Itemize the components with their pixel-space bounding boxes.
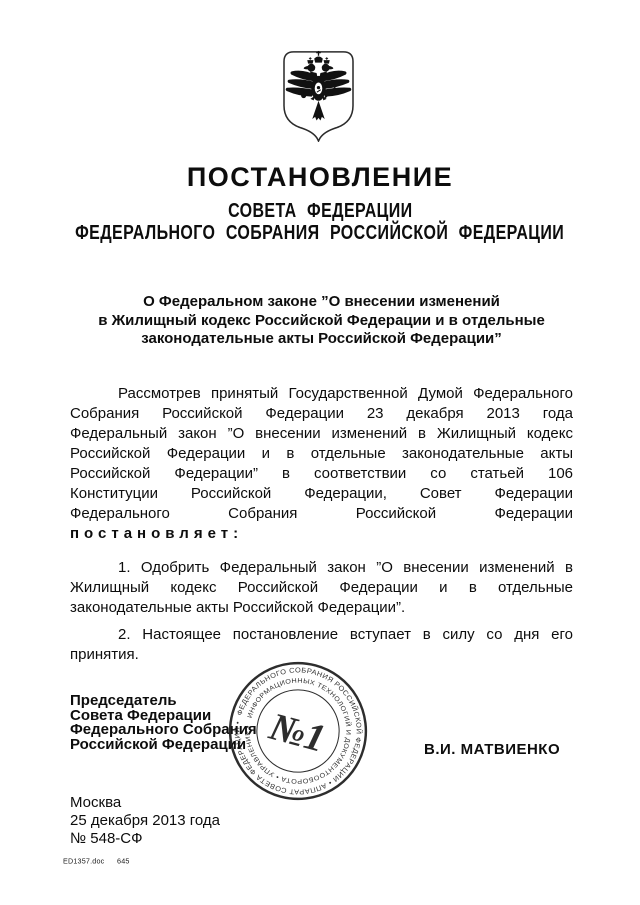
body-line: 2. Настоящее постановление вступает в си… bbox=[70, 625, 573, 645]
stamp-center-number: №1 bbox=[264, 705, 330, 761]
issuance-city: Москва bbox=[70, 794, 220, 812]
org-name-line-1: СОВЕТА ФЕДЕРАЦИИ bbox=[0, 200, 640, 223]
russian-coat-of-arms-icon bbox=[282, 50, 355, 142]
subject-line: О Федеральном законе ”О внесении изменен… bbox=[70, 293, 573, 312]
org-name-line-1-text: СОВЕТА ФЕДЕРАЦИИ bbox=[228, 200, 413, 223]
body-line: Рассмотрев принятый Государственной Думо… bbox=[70, 384, 573, 404]
preamble-paragraph: Рассмотрев принятый Государственной Думо… bbox=[70, 384, 573, 544]
document-page: ПОСТАНОВЛЕНИЕ СОВЕТА ФЕДЕРАЦИИ ФЕДЕРАЛЬН… bbox=[0, 0, 640, 905]
body-line: Жилищный кодекс Российской Федерации и в… bbox=[70, 578, 573, 598]
resolution-point-1: 1. Одобрить Федеральный закон ”О внесени… bbox=[70, 558, 573, 618]
footer-code: 645 bbox=[117, 857, 130, 865]
document-type-title: ПОСТАНОВЛЕНИЕ bbox=[0, 162, 640, 193]
decree-word: постановляет: bbox=[70, 524, 573, 544]
official-round-stamp: ФЕДЕРАЛЬНОГО СОБРАНИЯ РОССИЙСКОЙ ФЕДЕРАЦ… bbox=[226, 659, 370, 803]
document-subject: О Федеральном законе ”О внесении изменен… bbox=[70, 293, 573, 349]
footer-note: ED1357.doc645 bbox=[63, 857, 142, 865]
document-number: № 548-СФ bbox=[70, 830, 220, 848]
org-name-line-2-text: ФЕДЕРАЛЬНОГО СОБРАНИЯ РОССИЙСКОЙ ФЕДЕРАЦ… bbox=[75, 222, 564, 245]
org-name-line-2: ФЕДЕРАЛЬНОГО СОБРАНИЯ РОССИЙСКОЙ ФЕДЕРАЦ… bbox=[0, 222, 640, 245]
body-line: Конституции Российской Федерации, Совет … bbox=[70, 484, 573, 504]
body-line: Российской Федерации и в отдельные закон… bbox=[70, 444, 573, 464]
body-line: Федеральный закон ”О внесении изменений … bbox=[70, 424, 573, 444]
subject-line: в Жилищный кодекс Российской Федерации и… bbox=[70, 312, 573, 331]
body-line: 1. Одобрить Федеральный закон ”О внесени… bbox=[70, 558, 573, 578]
body-line: Российской Федерации” в соответствии со … bbox=[70, 464, 573, 484]
issuance-block: Москва 25 декабря 2013 года № 548-СФ bbox=[70, 794, 220, 848]
footer-file-ref: ED1357.doc bbox=[63, 857, 104, 865]
body-line: Собрания Российской Федерации 23 декабря… bbox=[70, 404, 573, 424]
signatory-name: В.И. МАТВИЕНКО bbox=[424, 741, 560, 758]
body-line: законодательные акты Российской Федераци… bbox=[70, 598, 573, 618]
body-line: Федерального Собрания Российской Федерац… bbox=[70, 504, 573, 524]
subject-line: законодательные акты Российской Федераци… bbox=[70, 330, 573, 349]
issuance-date: 25 декабря 2013 года bbox=[70, 812, 220, 830]
document-body: Рассмотрев принятый Государственной Думо… bbox=[70, 384, 573, 665]
